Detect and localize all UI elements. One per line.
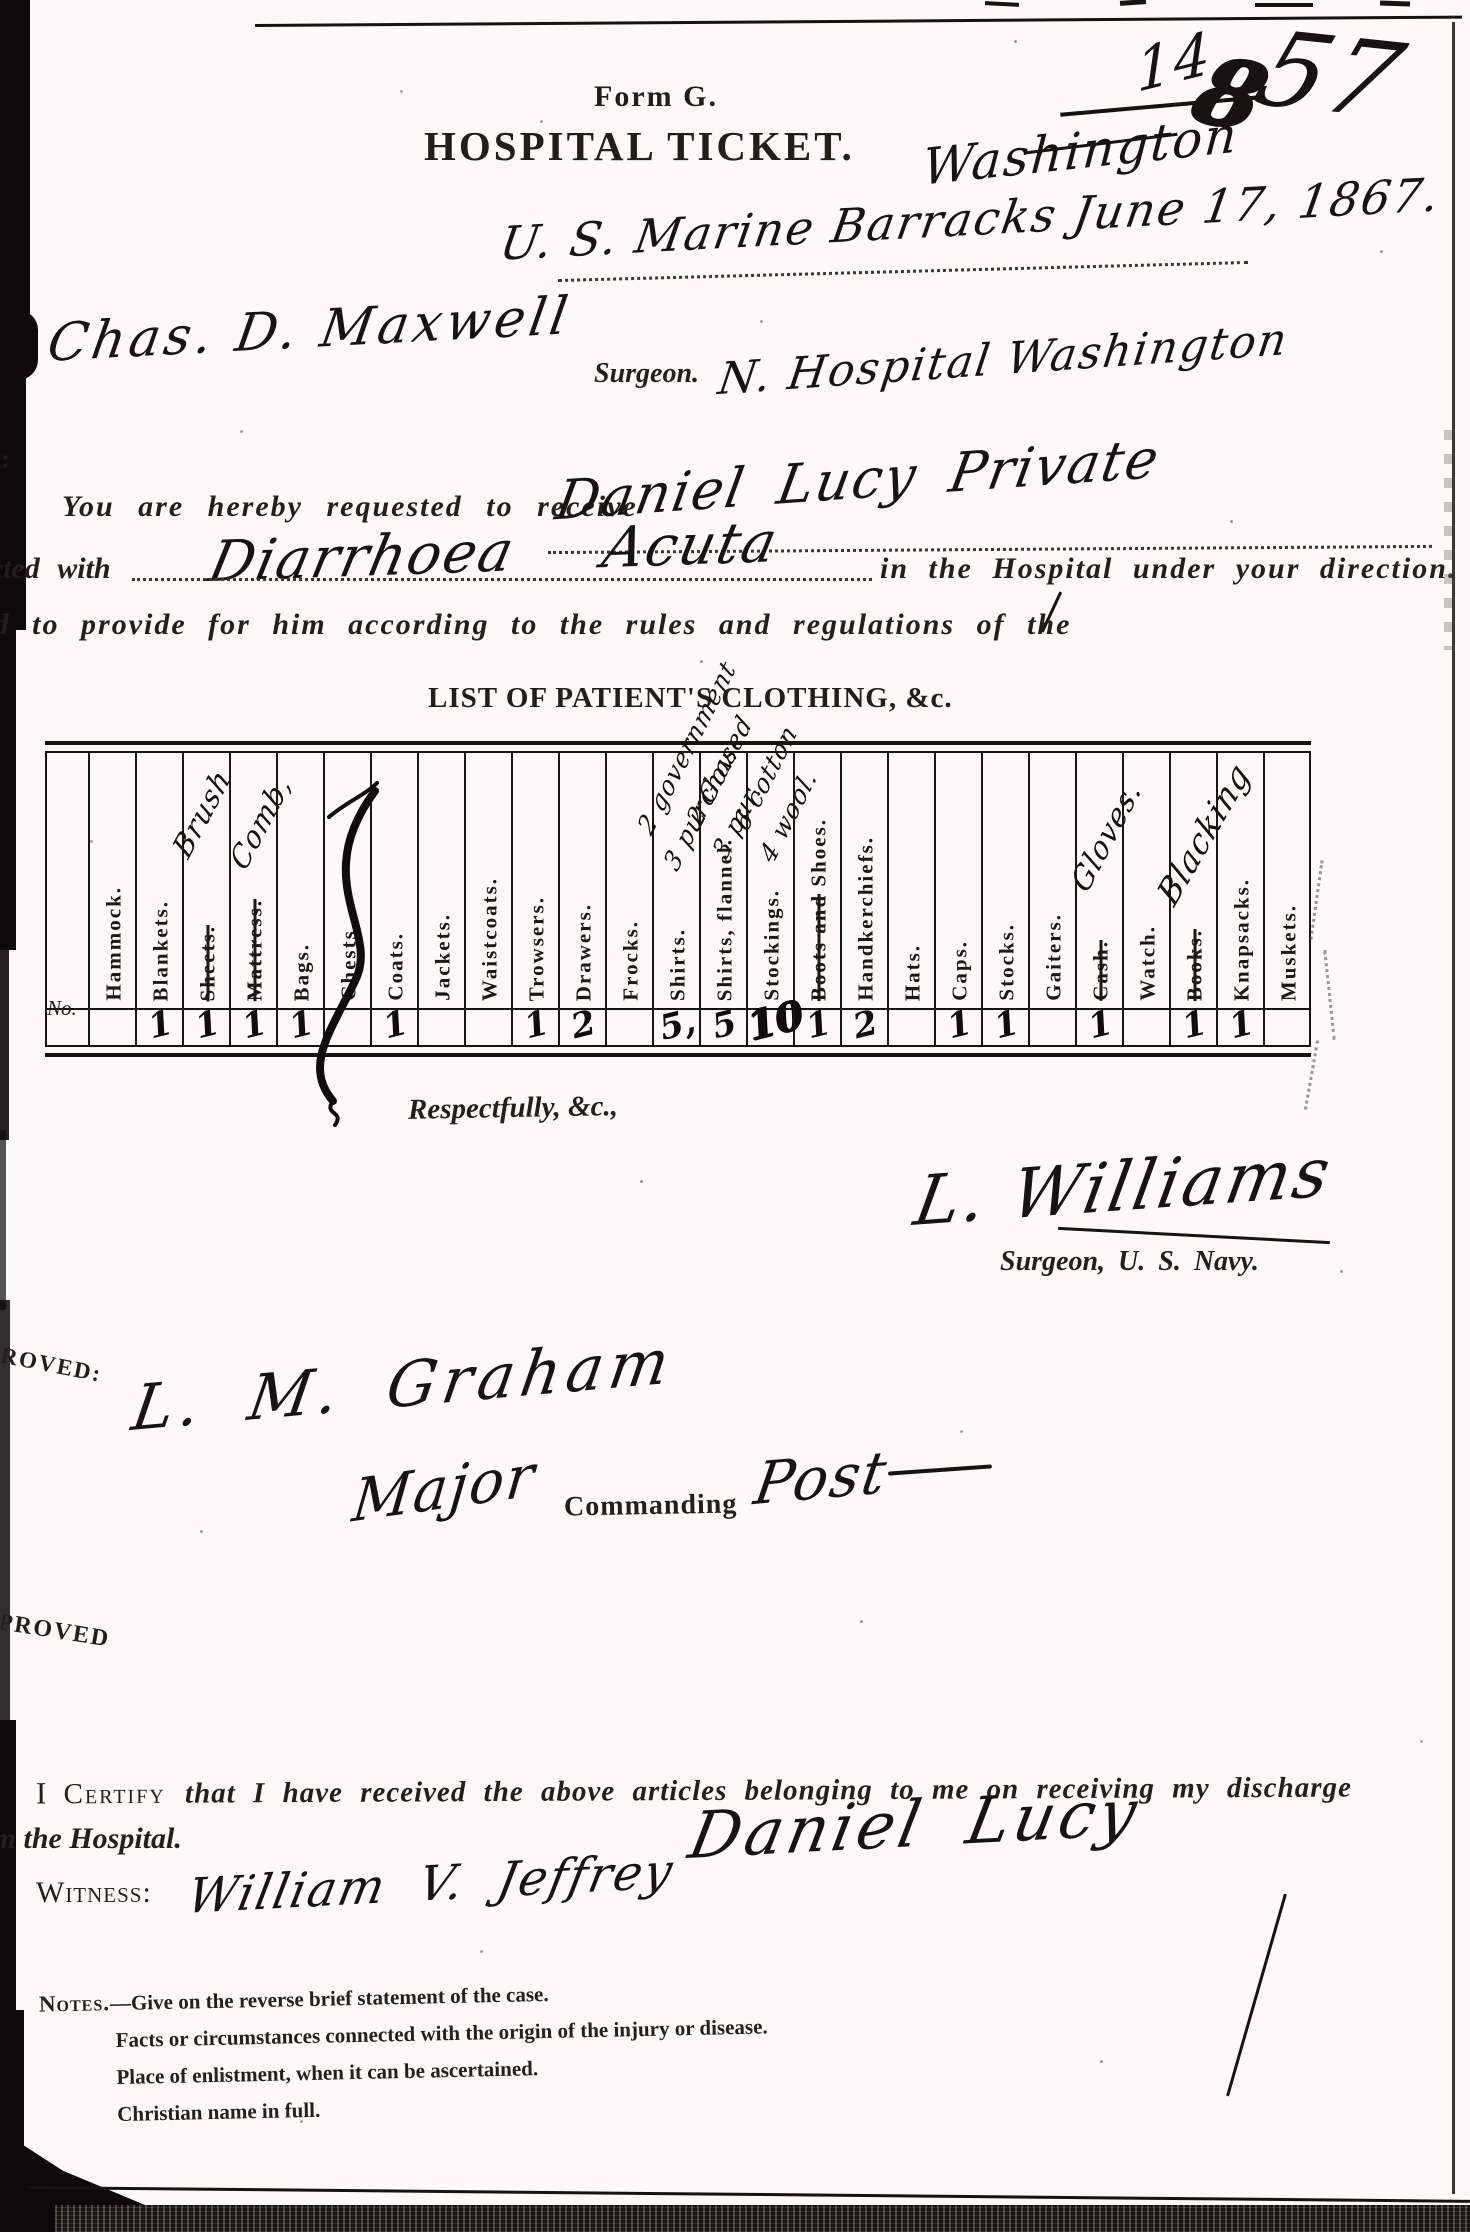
page-top-cut-text — [1255, 3, 1313, 7]
right-border-line — [1452, 22, 1455, 2194]
pen-flourish-tail — [888, 1464, 992, 1475]
column-value: 1 — [1167, 1000, 1222, 1050]
surgeon-title-line: Surgeon, U. S. Navy. — [1000, 1246, 1259, 1278]
certify-word: Certify — [64, 1778, 166, 1811]
bottom-border-line — [28, 2186, 1470, 2203]
column-value: 5, — [650, 1000, 705, 1050]
stray-diagonal-mark — [1226, 1894, 1287, 2097]
handwritten-addressee: Chas. D. Maxwell — [44, 286, 576, 374]
table-column-gaiters: Gaiters. — [1028, 753, 1077, 1045]
column-value: 1 — [979, 1000, 1034, 1050]
table-column-hats: Hats. — [887, 753, 936, 1045]
scan-edge-band — [0, 1130, 6, 1310]
table-column-books: Books.Blacking1 — [1169, 753, 1218, 1045]
scan-edge-band — [0, 1720, 16, 2020]
disease-rule — [132, 578, 872, 581]
column-label: Frocks. — [620, 920, 641, 1001]
certify-line: I Certify that I have received the above… — [36, 1769, 1352, 1812]
column-label: Handkerchiefs. — [855, 836, 876, 1001]
table-column-trowsers: Trowsers.1 — [511, 753, 560, 1045]
column-label: Knapsacks. — [1231, 878, 1252, 1001]
column-value: 1 — [1214, 1000, 1269, 1050]
page-top-cut-text — [985, 1, 1019, 7]
column-label: Shirts. — [667, 928, 688, 1001]
table-column-drawers: Drawers.2 — [558, 753, 607, 1045]
from-hospital-clipped: from the Hospital. — [0, 1822, 238, 1866]
scan-edge-band — [0, 620, 16, 950]
notes-label: Notes. — [39, 1990, 111, 2016]
notes-block: Notes.—Give on the reverse brief stateme… — [39, 1970, 770, 2134]
handwritten-surgeon-location: N. Hospital Washington — [715, 314, 1292, 405]
approved-label-1-clipped: APPROVED: — [0, 1343, 103, 1401]
affected-with-clipped: affected with — [0, 552, 128, 594]
column-label: Caps. — [949, 940, 970, 1001]
column-value: 2 — [556, 1000, 611, 1050]
page-edge-dashes — [1444, 430, 1452, 650]
column-label: Waistcoats. — [479, 877, 500, 1001]
table-column-handkerchiefs: Handkerchiefs.2 — [840, 753, 889, 1045]
column-label: Drawers. — [573, 903, 594, 1001]
table-bottom-rule — [45, 1053, 1311, 1057]
table-column-caps: Caps.1 — [934, 753, 983, 1045]
table-column-hammock: Hammock. — [88, 753, 137, 1045]
approved-label-2-clipped: APPROVED: — [0, 1610, 113, 1669]
clothing-table: No. Hammock.Blankets.1Sheets.Brush1Mattr… — [45, 741, 1311, 1059]
date-rule — [558, 261, 1248, 282]
page-title: HOSPITAL TICKET. — [424, 122, 855, 170]
column-label: Jackets. — [432, 913, 453, 1001]
margin-pencil-marks — [1323, 950, 1335, 1040]
form-number: Form G. — [594, 80, 718, 114]
sir-label-clipped: SIR: — [0, 444, 20, 482]
hospital-ticket-document: Form G. HOSPITAL TICKET. Washington 14 8… — [0, 0, 1470, 2232]
column-label: Boots and Shoes. — [808, 818, 829, 1001]
surgeon-signature: L. Williams — [908, 1133, 1338, 1242]
surgeon-label: Surgeon. — [594, 358, 699, 390]
column-label: Cash. — [1090, 940, 1111, 1001]
table-column-sheets: Sheets.Brush1 — [182, 753, 231, 1045]
witness-label: Witness: — [36, 1876, 152, 1910]
certify-pre: I — [36, 1775, 47, 1810]
respectfully-line: Respectfully, &c., — [408, 1090, 618, 1127]
column-value: 10 — [743, 993, 800, 1050]
signature-underline — [1058, 1227, 1330, 1244]
column-value: 1 — [932, 1000, 987, 1050]
page-top-cut-text — [1120, 0, 1146, 6]
column-label: Stocks. — [996, 923, 1017, 1001]
approver-signature: L. M. Graham — [127, 1324, 680, 1446]
column-label: Watch. — [1137, 925, 1158, 1001]
column-value: 1 — [1073, 1000, 1128, 1050]
table-column-jackets: Jackets. — [417, 753, 466, 1045]
column-value: 1 — [180, 1000, 235, 1050]
commanding-label: Commanding — [564, 1488, 738, 1523]
column-label: Trowsers. — [526, 896, 547, 1001]
column-value: 1 — [791, 1000, 846, 1050]
page-top-cut-text — [1380, 0, 1410, 6]
witness-signature: William V. Jeffrey — [183, 1843, 679, 1925]
table-column-boots-and-shoes: Boots and Shoes.1 — [793, 753, 842, 1045]
pen-flourish — [273, 721, 393, 1131]
table-column-stocks: Stocks.1 — [981, 753, 1030, 1045]
handwritten-post: Post — [750, 1438, 893, 1519]
ticket-number-part2: 57 — [1241, 9, 1420, 141]
table-column-cash: Cash.Gloves.1 — [1075, 753, 1124, 1045]
column-label: Stockings. — [761, 889, 782, 1001]
column-label: Hammock. — [103, 886, 124, 1001]
column-label: Sheets. — [197, 925, 218, 1001]
handwritten-major: Major — [349, 1440, 539, 1535]
table-column-blankets: Blankets.1 — [135, 753, 184, 1045]
column-value: 2 — [838, 1000, 893, 1050]
table-column-mattress: Mattress.Comb,1 — [229, 753, 278, 1045]
hospital-direction-line: in the Hospital under your direction. — [880, 552, 1457, 586]
scan-bottom-band — [55, 2205, 1470, 2232]
column-label: Muskets. — [1278, 904, 1299, 1001]
table-row-label: No. — [47, 996, 77, 1021]
column-label: Blankets. — [150, 900, 171, 1001]
table-column-muskets: Muskets. — [1263, 753, 1312, 1045]
column-label: Books. — [1184, 929, 1205, 1001]
table-column-knapsacks: Knapsacks.1 — [1216, 753, 1265, 1045]
scan-edge-band — [0, 940, 9, 1140]
column-label: Hats. — [902, 944, 923, 1001]
column-label: Gaiters. — [1043, 913, 1064, 1001]
scan-edge-band — [0, 0, 30, 320]
provide-line-clipped: and to provide for him according to the … — [0, 608, 1075, 654]
column-value: 1 — [509, 1000, 564, 1050]
column-value: 1 — [133, 1000, 188, 1050]
column-label: Mattress. — [244, 899, 265, 1001]
table-column-stockings: Stockings.6 cotton4 wool.10 — [746, 753, 795, 1045]
table-column-waistcoats: Waistcoats. — [464, 753, 513, 1045]
